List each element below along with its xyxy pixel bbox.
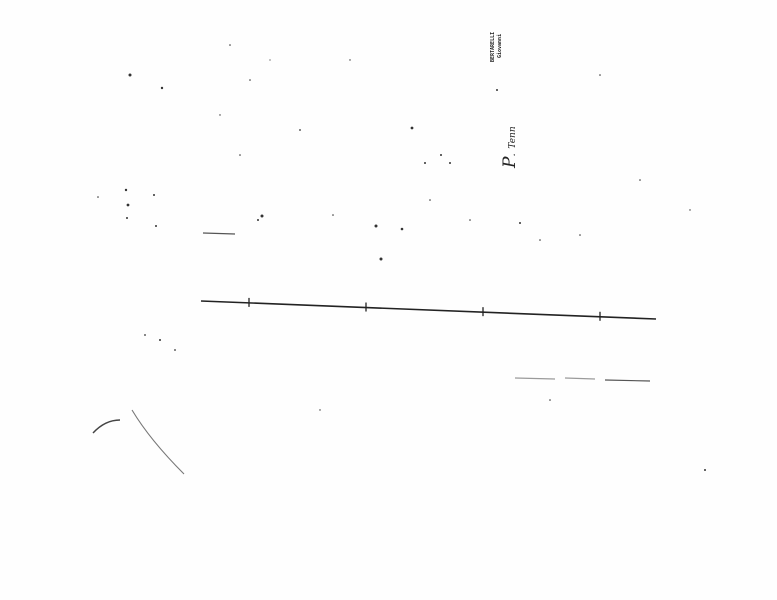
- page-markings: [0, 0, 777, 600]
- scan-speckles: [97, 44, 706, 471]
- short-stroke: [203, 233, 235, 234]
- diagonal-mark: [132, 410, 184, 474]
- curve-mark: [93, 420, 120, 433]
- scale-bar: [201, 301, 656, 319]
- faint-stroke: [515, 378, 650, 381]
- scanned-page: BERTARELLI Giovanni P. Tenn: [0, 0, 777, 600]
